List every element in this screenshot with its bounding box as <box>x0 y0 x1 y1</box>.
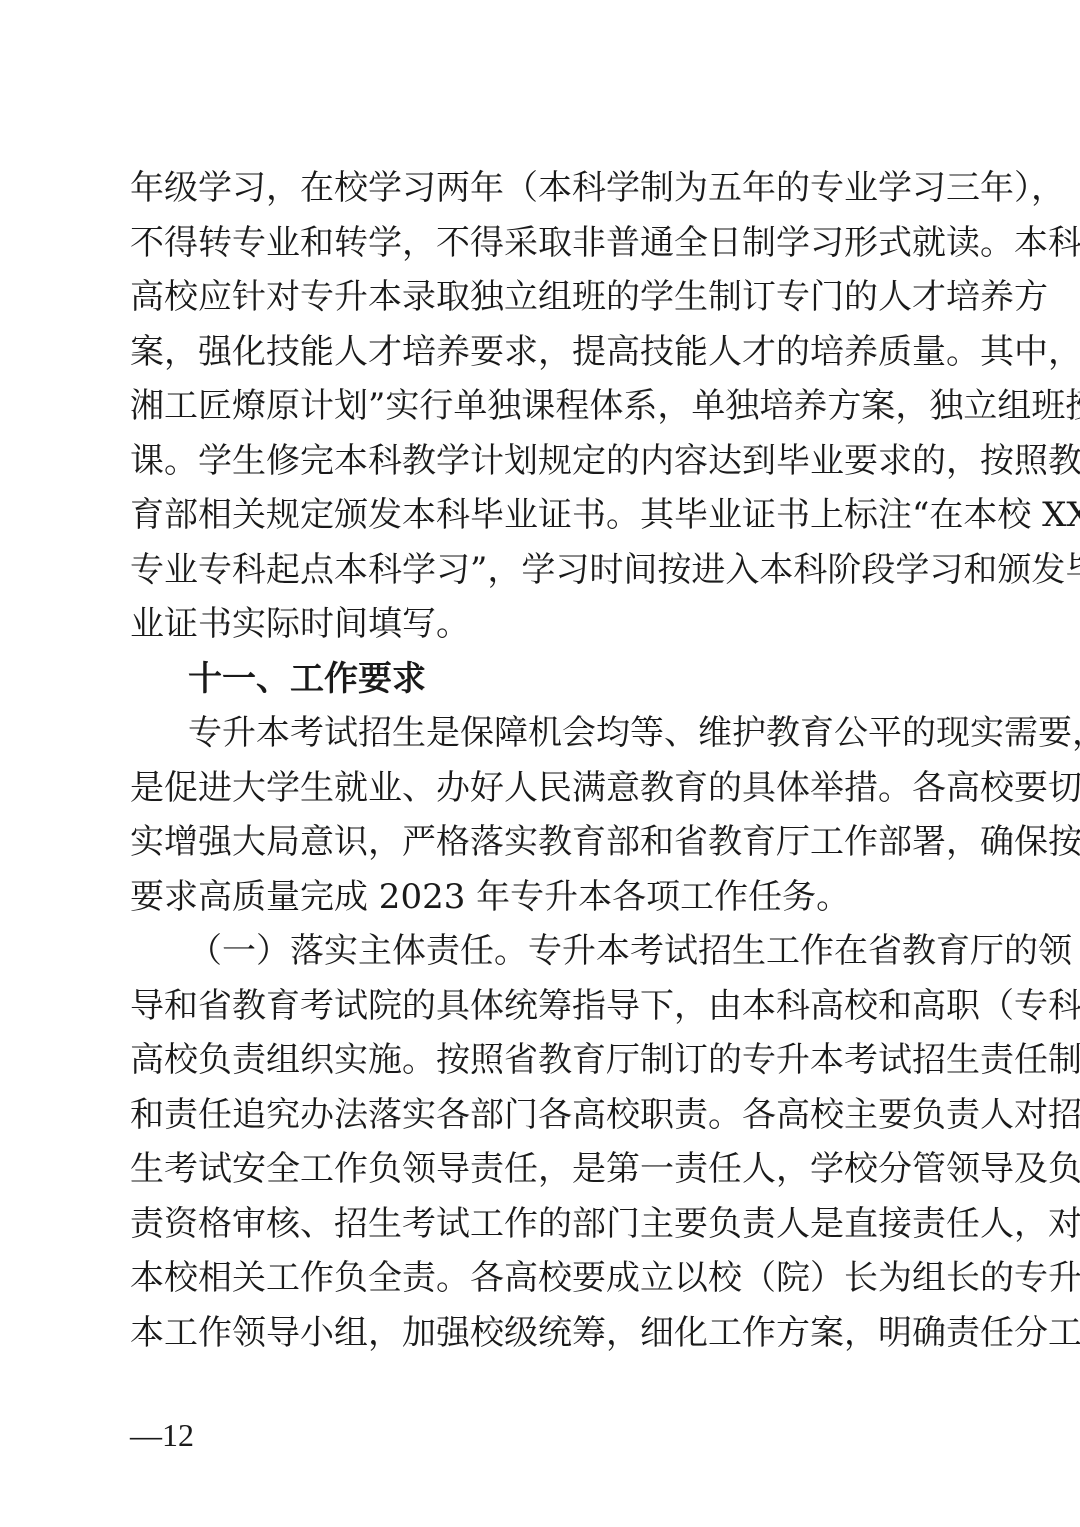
text-line: 高校负责组织实施。按照省教育厅制订的专升本考试招生责任制 <box>130 1033 950 1088</box>
text-line: 不得转专业和转学，不得采取非普通全日制学习形式就读。本科 <box>130 216 950 271</box>
text-line: 导和省教育考试院的具体统筹指导下，由本科高校和高职（专科） <box>130 979 950 1034</box>
text-line: 专业专科起点本科学习”，学习时间按进入本科阶段学习和颁发毕 <box>130 543 950 598</box>
document-page: 年级学习，在校学习两年（本科学制为五年的专业学习三年）， 不得转专业和转学，不得… <box>130 161 950 1360</box>
text-line: 本校相关工作负全责。各高校要成立以校（院）长为组长的专升 <box>130 1251 950 1306</box>
text-line: 湘工匠燎原计划”实行单独课程体系，单独培养方案，独立组班授 <box>130 379 950 434</box>
text-line: 课。学生修完本科教学计划规定的内容达到毕业要求的，按照教 <box>130 434 950 489</box>
text-line: 本工作领导小组，加强校级统筹，细化工作方案，明确责任分工， <box>130 1306 950 1361</box>
text-line: 专升本考试招生是保障机会均等、维护教育公平的现实需要， <box>130 706 950 761</box>
text-line: 业证书实际时间填写。 <box>130 597 950 652</box>
page-number: —12 <box>130 1415 194 1455</box>
text-span: 专升本考试招生工作在省教育厅的领 <box>528 931 1072 971</box>
paragraph-main-responsibility: （一）落实主体责任。专升本考试招生工作在省教育厅的领 导和省教育考试院的具体统筹… <box>130 924 950 1360</box>
text-line: 生考试安全工作负领导责任，是第一责任人，学校分管领导及负 <box>130 1142 950 1197</box>
subsection-heading: （一）落实主体责任。 <box>188 931 528 971</box>
text-line: 责资格审核、招生考试工作的部门主要负责人是直接责任人，对 <box>130 1197 950 1252</box>
text-line: 是促进大学生就业、办好人民满意教育的具体举措。各高校要切 <box>130 761 950 816</box>
section-heading: 十一、工作要求 <box>130 652 950 707</box>
text-line: 年级学习，在校学习两年（本科学制为五年的专业学习三年）， <box>130 161 950 216</box>
text-line: 高校应针对专升本录取独立组班的学生制订专门的人才培养方 <box>130 270 950 325</box>
paragraph-work-requirements: 专升本考试招生是保障机会均等、维护教育公平的现实需要， 是促进大学生就业、办好人… <box>130 706 950 924</box>
paragraph-graduation-rules: 年级学习，在校学习两年（本科学制为五年的专业学习三年）， 不得转专业和转学，不得… <box>130 161 950 652</box>
text-line: 案，强化技能人才培养要求，提高技能人才的培养质量。其中，“湖 <box>130 325 950 380</box>
text-line: （一）落实主体责任。专升本考试招生工作在省教育厅的领 <box>130 924 950 979</box>
text-line: 育部相关规定颁发本科毕业证书。其毕业证书上标注“在本校 XX <box>130 488 950 543</box>
text-line: 和责任追究办法落实各部门各高校职责。各高校主要负责人对招 <box>130 1088 950 1143</box>
text-line: 实增强大局意识，严格落实教育部和省教育厅工作部署，确保按 <box>130 815 950 870</box>
text-line: 要求高质量完成 2023 年专升本各项工作任务。 <box>130 870 950 925</box>
